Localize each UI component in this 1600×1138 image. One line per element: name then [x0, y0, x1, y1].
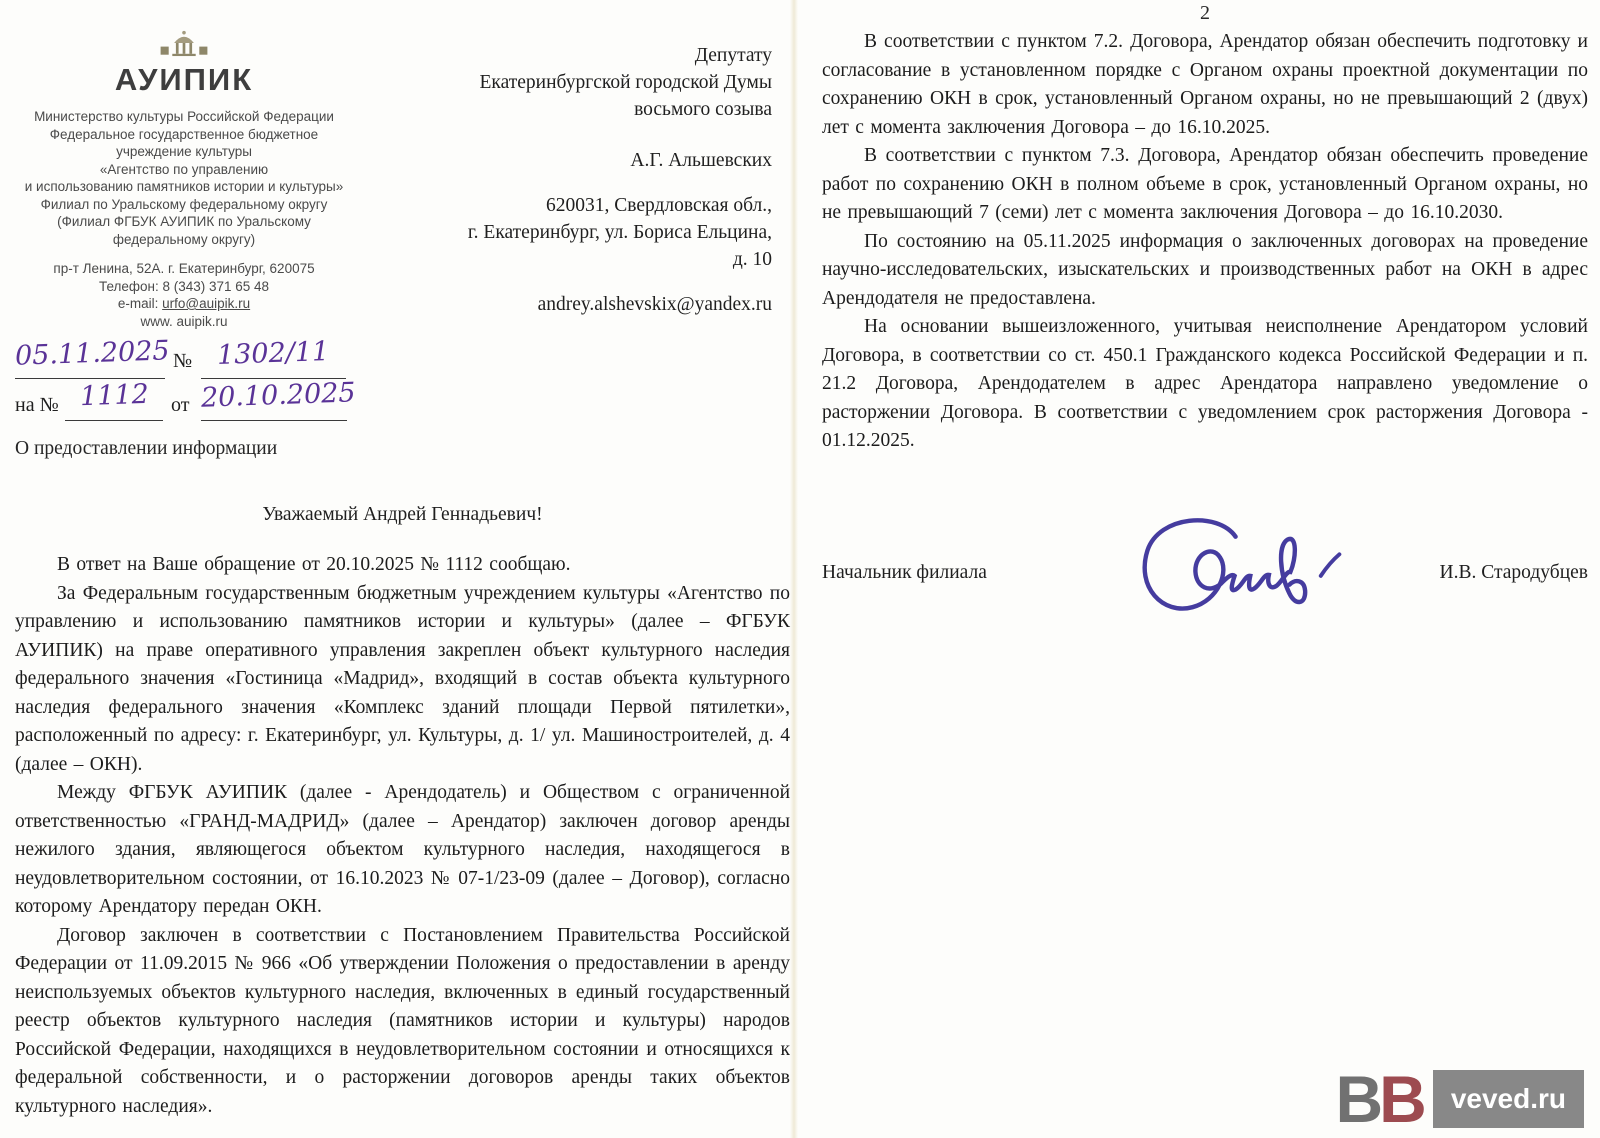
recipient-line: Депутату	[400, 42, 772, 69]
watermark-letter-1: В	[1335, 1070, 1381, 1128]
letterhead-address: пр-т Ленина, 52А. г. Екатеринбург, 62007…	[8, 260, 360, 278]
scanned-letter: АУИПИК Министерство культуры Российской …	[0, 0, 1600, 1138]
letterhead-line: Филиал по Уральскому федеральному округу	[8, 196, 360, 214]
watermark-site-label: veved.ru	[1433, 1070, 1584, 1128]
handwritten-signature	[1122, 514, 1357, 624]
signature-block: Начальник филиала И.В. Стародубцев	[822, 556, 1588, 596]
letterhead-email: urfo@auipik.ru	[162, 296, 250, 311]
email-label: e-mail:	[118, 296, 162, 311]
letterhead-line: «Агентство по управлению	[8, 161, 360, 179]
number-sign-label: №	[173, 350, 192, 373]
org-short-name: АУИПИК	[8, 62, 360, 98]
page2-body: В соответствии с пунктом 7.2. Договора, …	[822, 28, 1588, 456]
recipient-address: 620031, Свердловская обл.,	[400, 192, 772, 219]
outgoing-date-field: 05.11.2025	[15, 338, 165, 379]
veved-watermark: В В veved.ru	[1335, 1070, 1584, 1128]
building-dome-icon	[157, 26, 211, 60]
letterhead-line: и использованию памятников истории и кул…	[8, 178, 360, 196]
paragraph: На основании вышеизложенного, учитывая н…	[822, 313, 1588, 456]
letterhead-line: федеральному округу)	[8, 231, 360, 249]
outgoing-number-handwritten: 1302/11	[217, 336, 330, 371]
outgoing-number-field: 1302/11	[201, 338, 346, 379]
paragraph: Договор заключен в соответствии с Постан…	[15, 922, 790, 1122]
paragraph: В соответствии с пунктом 7.3. Договора, …	[822, 142, 1588, 228]
recipient-email: andrey.alshevskix@yandex.ru	[400, 291, 772, 318]
page1-body: В ответ на Ваше обращение от 20.10.2025 …	[15, 551, 790, 1121]
paragraph: За Федеральным государственным бюджетным…	[15, 580, 790, 780]
signer-name: И.В. Стародубцев	[1440, 562, 1588, 584]
letterhead-line: (Филиал ФГБУК АУИПИК по Уральскому	[8, 213, 360, 231]
recipient-line: Екатеринбургской городской Думы	[400, 69, 772, 96]
recipient-address: г. Екатеринбург, ул. Бориса Ельцина,	[400, 219, 772, 246]
page-number: 2	[822, 2, 1588, 25]
watermark-letter-2: В	[1379, 1070, 1425, 1128]
letterhead-phone: Телефон: 8 (343) 371 65 48	[8, 278, 360, 296]
letterhead-website: www. auipik.ru	[8, 313, 360, 331]
paragraph: В соответствии с пунктом 7.2. Договора, …	[822, 28, 1588, 142]
from-label: от	[171, 394, 189, 417]
letter-subject: О предоставлении информации	[15, 438, 277, 460]
paragraph: В ответ на Ваше обращение от 20.10.2025 …	[15, 551, 790, 580]
incoming-number-field: 1112	[65, 380, 163, 421]
incoming-date-field: 20.10.2025	[201, 380, 347, 421]
paragraph: По состоянию на 05.11.2025 информация о …	[822, 228, 1588, 314]
letterhead: АУИПИК Министерство культуры Российской …	[8, 26, 360, 330]
recipient-name: А.Г. Альшевских	[400, 147, 772, 174]
incoming-date-handwritten: 20.10.2025	[201, 377, 357, 413]
recipient-block: Депутату Екатеринбургской городской Думы…	[400, 42, 772, 318]
incoming-number-label: на №	[15, 394, 59, 417]
page-seam	[790, 0, 798, 1138]
letterhead-email-line: e-mail: urfo@auipik.ru	[8, 295, 360, 313]
letterhead-line: Федеральное государственное бюджетное	[8, 126, 360, 144]
reference-block: 05.11.2025 № 1302/11 на № 1112 от 20.10.…	[15, 338, 365, 430]
signer-position: Начальник филиала	[822, 562, 987, 584]
letterhead-line: Министерство культуры Российской Федерац…	[8, 108, 360, 126]
outgoing-date-handwritten: 05.11.2025	[15, 335, 171, 371]
paragraph: Между ФГБУК АУИПИК (далее - Арендодатель…	[15, 779, 790, 922]
recipient-address: д. 10	[400, 246, 772, 273]
letterhead-line: учреждение культуры	[8, 143, 360, 161]
salutation: Уважаемый Андрей Геннадьевич!	[15, 504, 790, 526]
recipient-line: восьмого созыва	[400, 96, 772, 123]
incoming-number-handwritten: 1112	[79, 379, 149, 412]
